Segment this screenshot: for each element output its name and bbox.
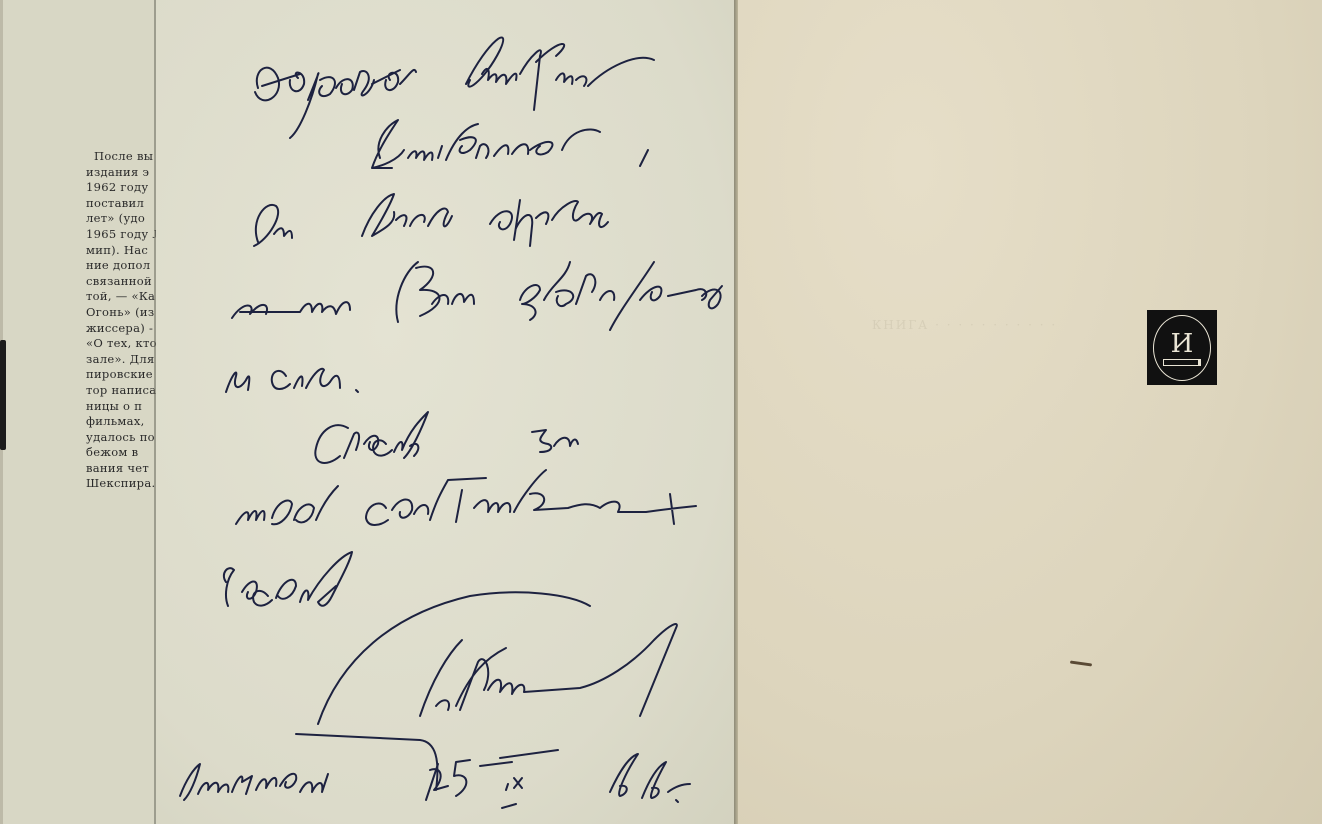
printed-line: После вы [86, 149, 158, 165]
printed-line: удалось по [86, 430, 158, 446]
inscription-line: часов [225, 560, 344, 606]
printed-line: 1962 году [86, 180, 158, 196]
printed-line: ние допол [86, 258, 158, 274]
inscription-line: много счастливых [235, 490, 637, 536]
paper-mark [1070, 660, 1092, 666]
cover-edge-shadow [0, 340, 6, 450]
printed-paragraph: После вы издания э 1962 году поставил ле… [86, 149, 158, 492]
book-icon [1163, 359, 1201, 366]
inscription-line: желаю Вам здоровья [230, 280, 688, 326]
printed-line: «О тех, кто [86, 336, 158, 352]
printed-line: фильмах, [86, 414, 158, 430]
inscription-line: От всего сердца [240, 200, 599, 246]
printed-line: издания э [86, 165, 158, 181]
printed-line: жиссера) - [86, 321, 158, 337]
printed-line: мип). Нас [86, 243, 158, 259]
printed-line: поставил [86, 196, 158, 212]
printed-line: тор написа [86, 383, 158, 399]
book-spread-scan: После вы издания э 1962 году поставил ле… [0, 0, 1322, 824]
printed-line: той, — «Ка [86, 289, 158, 305]
inscription-line: Спасибо за [310, 420, 545, 466]
printed-line: зале». Для [86, 352, 158, 368]
logo-letter: И [1171, 331, 1194, 357]
title-page [738, 0, 1322, 824]
signature: Г. Козинцев [420, 660, 676, 706]
printed-line: лет» (удо [86, 211, 158, 227]
printed-line: 1965 году Л [86, 227, 158, 243]
publisher-emblem-icon: И [1153, 315, 1211, 381]
printed-line: Шекспира. [86, 476, 158, 492]
printed-line: связанной [86, 274, 158, 290]
inscription-line: и сил. [225, 355, 350, 401]
printed-line: пировские [86, 367, 158, 383]
printed-line: вания чет [86, 461, 158, 477]
inscription-date: 25 IX 66 г. [430, 760, 636, 804]
printed-line: Огонь» (из [86, 305, 158, 321]
publisher-logo: И [1147, 310, 1217, 385]
inscription-place: Ленинград [175, 765, 371, 805]
inscription-line: Дмитриевич, [350, 125, 641, 171]
bleed-through-text: КНИГА · · · · · · · · · · · [872, 318, 1057, 332]
inscription-line: Дорогой Дмитрий [250, 50, 646, 96]
left-printed-page: После вы издания э 1962 году поставил ле… [0, 0, 160, 824]
printed-line: ницы о п [86, 399, 158, 415]
printed-line: бежом в [86, 445, 158, 461]
